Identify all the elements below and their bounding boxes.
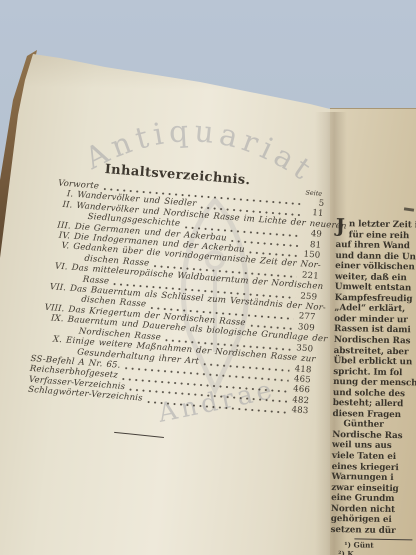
page-column-header: Seite: [305, 189, 322, 197]
right-page-line: setzen zu dür: [330, 525, 414, 537]
photo-of-open-book: Antiquariat Andrae Inhaltsverzeichnis. S…: [0, 0, 416, 555]
table-of-contents: Inhaltsverzeichnis. Seite Vorworte5I.Wan…: [19, 158, 326, 448]
right-page-text: J n letzter Zeit isfür eine reihauf ihre…: [330, 219, 416, 555]
right-page-lines: n letzter Zeit isfür eine reihauf ihren …: [330, 219, 416, 537]
drop-cap: J: [336, 216, 345, 236]
toc-entries: Vorworte5I.Wandervölker und Siedler11II.…: [22, 177, 325, 417]
toc-page-number: 483: [288, 405, 309, 417]
footnote-line: ²) K: [330, 550, 414, 555]
